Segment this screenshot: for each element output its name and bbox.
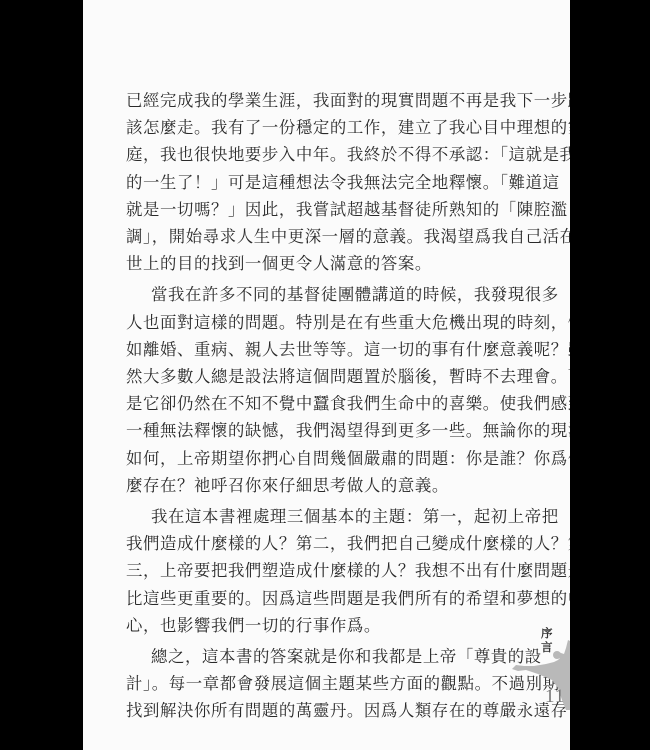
text-line: 計」。每一章都會發展這個主題某些方面的觀點。不過別期望 bbox=[126, 670, 500, 697]
page-number: 11 bbox=[545, 686, 565, 708]
text-line: 比這些更重要的。因爲這些問題是我們所有的希望和夢想的中 bbox=[126, 585, 500, 612]
text-line: 該怎麼走。我有了一份穩定的工作，建立了我心目中理想的家 bbox=[126, 114, 500, 141]
book-page: 已經完成我的學業生涯，我面對的現實問題不再是我下一步路 該怎麼走。我有了一份穩定… bbox=[83, 0, 570, 750]
text-line: 心，也影響我們一切的行事作爲。 bbox=[126, 612, 500, 639]
text-line: 找到解決你所有問題的萬靈丹。因爲人類存在的尊嚴永遠存留 bbox=[126, 697, 500, 724]
body-text: 已經完成我的學業生涯，我面對的現實問題不再是我下一步路 該怎麼走。我有了一份穩定… bbox=[126, 87, 500, 729]
text-line: 世上的目的找到一個更令人滿意的答案。 bbox=[126, 250, 500, 277]
text-line: 麼存在？祂呼召你來仔細思考做人的意義。 bbox=[126, 472, 500, 499]
paragraph-1: 已經完成我的學業生涯，我面對的現實問題不再是我下一步路 該怎麼走。我有了一份穩定… bbox=[126, 87, 500, 277]
text-line: 一種無法釋懷的缺憾，我們渴望得到更多一些。無論你的現況 bbox=[126, 417, 500, 444]
faint-watermark bbox=[505, 16, 545, 30]
text-line: 總之，這本書的答案就是你和我都是上帝「尊貴的設 bbox=[126, 643, 500, 670]
paragraph-4: 總之，這本書的答案就是你和我都是上帝「尊貴的設 計」。每一章都會發展這個主題某些… bbox=[126, 643, 500, 725]
paragraph-3: 我在這本書裡處理三個基本的主題：第一，起初上帝把 我們造成什麼樣的人？第二，我們… bbox=[126, 503, 500, 639]
text-line: 已經完成我的學業生涯，我面對的現實問題不再是我下一步路 bbox=[126, 87, 500, 114]
text-line: 當我在許多不同的基督徒團體講道的時候，我發現很多 bbox=[126, 281, 500, 308]
paragraph-2: 當我在許多不同的基督徒團體講道的時候，我發現很多 人也面對這樣的問題。特別是在有… bbox=[126, 281, 500, 499]
text-line: 就是一切嗎？」因此，我嘗試超越基督徒所熟知的「陳腔濫 bbox=[126, 196, 500, 223]
section-label: 序言 bbox=[541, 626, 555, 654]
text-line: 的一生了！」可是這種想法令我無法完全地釋懷。「難道這 bbox=[126, 169, 500, 196]
text-line: 如離婚、重病、親人去世等等。這一切的事有什麼意義呢？雖 bbox=[126, 336, 500, 363]
text-line: 我在這本書裡處理三個基本的主題：第一，起初上帝把 bbox=[126, 503, 500, 530]
text-line: 是它卻仍然在不知不覺中蠶食我們生命中的喜樂。使我們感到 bbox=[126, 390, 500, 417]
text-line: 人也面對這樣的問題。特別是在有些重大危機出現的時刻，例 bbox=[126, 309, 500, 336]
text-line: 如何，上帝期望你捫心自問幾個嚴肅的問題：你是誰？你爲什 bbox=[126, 445, 500, 472]
text-line: 三，上帝要把我們塑造成什麼樣的人？我想不出有什麼問題是 bbox=[126, 557, 500, 584]
text-line: 我們造成什麼樣的人？第二，我們把自己變成什麼樣的人？第 bbox=[126, 530, 500, 557]
text-line: 然大多數人總是設法將這個問題置於腦後，暫時不去理會。可 bbox=[126, 363, 500, 390]
text-line: 調」，開始尋求人生中更深一層的意義。我渴望爲我自己活在 bbox=[126, 223, 500, 250]
text-line: 庭，我也很快地要步入中年。我終於不得不承認：「這就是我 bbox=[126, 141, 500, 168]
